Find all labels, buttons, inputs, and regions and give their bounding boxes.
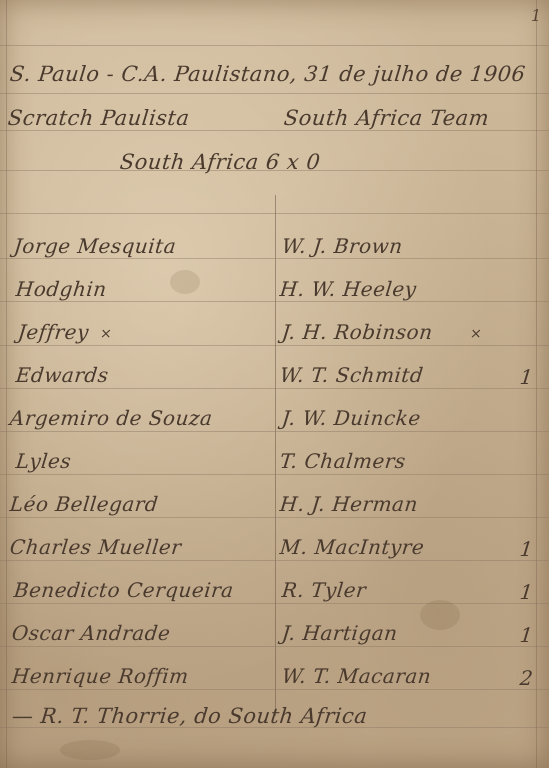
ruled-line [0,646,549,647]
goal-count: 2 [519,666,535,690]
player-name: Charles Mueller [9,535,183,559]
paper-stain [420,600,460,630]
player-name: J. H. Robinson [281,320,434,344]
player-name: W. T. Schmitd [279,363,425,387]
goal-count: 1 [519,365,535,389]
player-name: H. J. Herman [279,492,419,516]
ruled-line [0,301,549,302]
player-name: J. W. Duincke [281,406,422,430]
paper-stain [60,740,120,760]
ruled-line [0,689,549,690]
player-name: Benedicto Cerqueira [13,578,235,602]
column-divider-line [275,195,276,716]
ruled-line [0,93,549,94]
goal-count: 1 [519,623,535,647]
player-mark: × [469,326,483,342]
ruled-line [0,213,549,214]
player-name: Hodghin [15,277,108,301]
player-name: W. J. Brown [281,234,404,258]
player-name: Oscar Andrade [11,621,172,645]
ruled-line [0,45,549,46]
ruled-line [0,258,549,259]
player-name: W. T. Macaran [281,664,433,688]
player-name: Jeffrey [17,320,90,344]
player-name: Jorge Mesquita [13,234,178,258]
ruled-line [0,388,549,389]
right-margin-line [536,0,537,768]
ruled-line [0,517,549,518]
referee-note: — R. T. Thorrie, do South Africa [11,704,369,728]
team-right-title: South Africa Team [283,106,491,130]
paper-stain [170,270,200,294]
player-name: T. Chalmers [279,449,407,473]
player-name: Argemiro de Souza [9,406,214,430]
player-name: Henrique Roffim [11,664,190,688]
goal-count: 1 [519,537,535,561]
ruled-line [0,603,549,604]
left-margin-line [6,0,7,768]
goal-count: 1 [519,580,535,604]
ruled-line [0,474,549,475]
player-name: Lyles [15,449,73,473]
player-name: Léo Bellegard [9,492,160,516]
player-mark: × [99,326,113,342]
team-left-title: Scratch Paulista [7,106,191,130]
player-name: M. MacIntyre [279,535,426,559]
page-number: 1 [531,6,541,25]
match-place-date: S. Paulo - C.A. Paulistano, 31 de julho … [9,62,527,86]
match-result: South Africa 6 x 0 [119,150,322,174]
player-name: H. W. Heeley [279,277,418,301]
player-name: J. Hartigan [281,621,399,645]
player-name: Edwards [15,363,110,387]
scanned-document-page: 1 S. Paulo - C.A. Paulistano, 31 de julh… [0,0,549,768]
ruled-line [0,431,549,432]
player-name: R. Tyler [281,578,368,602]
ruled-line [0,345,549,346]
ruled-line [0,560,549,561]
ruled-line [0,130,549,131]
